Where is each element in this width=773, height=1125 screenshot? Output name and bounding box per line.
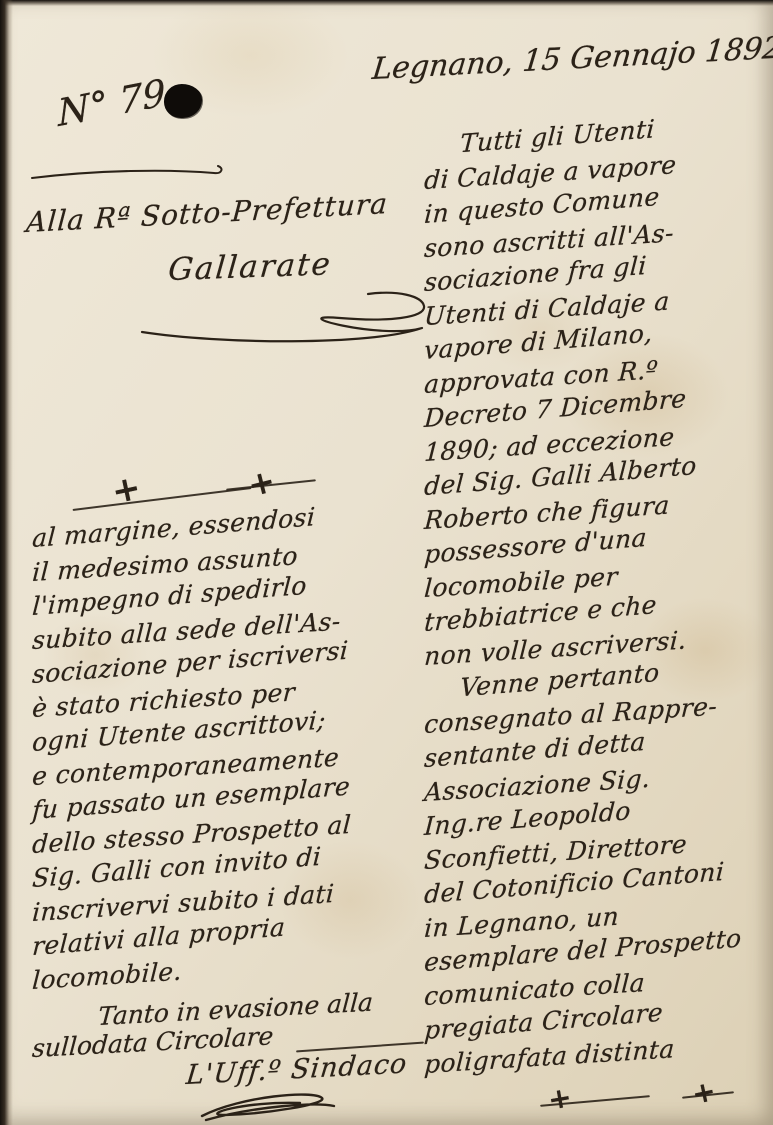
dateline: Legnano, 15 Gennajo 1892 <box>371 30 773 87</box>
right-text-column: Tutti gli Utenti di Caldaje a vapore in … <box>424 130 769 1082</box>
ink-blot <box>164 84 202 118</box>
recipient-city: Gallarate <box>167 246 334 288</box>
insertion-mark: + <box>545 1080 574 1117</box>
page-edge-top <box>0 0 773 6</box>
recipient-line: Alla Rª Sotto-Prefettura <box>25 187 389 239</box>
recipient-flourish <box>130 288 440 350</box>
signature-flourish <box>196 1088 346 1124</box>
signature-title: L'Uff.º Sindaco <box>185 1048 409 1091</box>
manuscript-page: Legnano, 15 Gennajo 1892 N° 79 Alla Rª S… <box>0 0 773 1125</box>
left-text-column: al margine, essendosi il medesimo assunt… <box>32 522 432 998</box>
document-number: N° 79 <box>57 71 167 135</box>
page-binding-edge <box>0 0 13 1125</box>
document-number-underline <box>28 160 228 186</box>
